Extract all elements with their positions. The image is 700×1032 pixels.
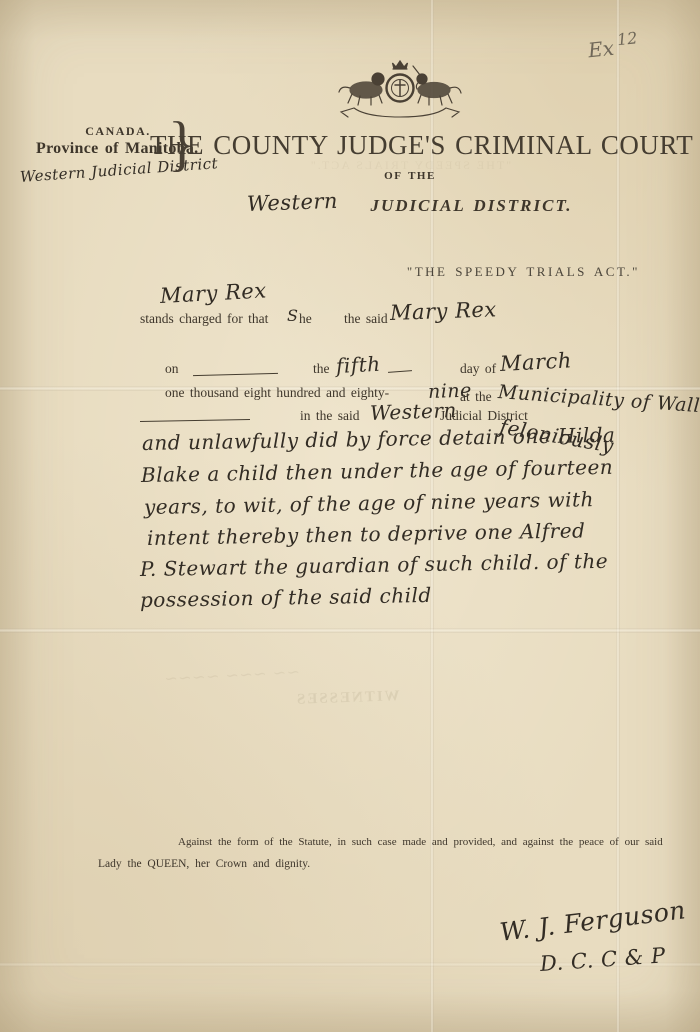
signature-title-handwritten: D. C. C & P — [539, 943, 666, 976]
exhibit-annotation: Ex12 — [587, 34, 636, 63]
blank-dash — [388, 370, 412, 373]
signature-handwritten: W. J. Ferguson — [498, 895, 687, 947]
blank-line — [140, 419, 250, 422]
the-label: the — [313, 361, 330, 377]
defendant-name2-handwritten: Mary Rex — [390, 297, 497, 325]
statute-line-2: Lady the QUEEN, her Crown and dignity. — [98, 858, 310, 870]
body-line: intent thereby then to deprive one Alfre… — [147, 518, 586, 550]
body-line: years, to wit, of the age of nine years … — [144, 487, 594, 519]
horizontal-fold-line — [0, 628, 700, 633]
document-scan: Ex12 CANADA. Province of Manitoba. Weste… — [0, 0, 700, 1032]
the-said-label: the said — [344, 311, 388, 327]
bleedthrough-script: ~~ ~~~ ~~~~ — [163, 662, 300, 688]
day-of-label: day of — [460, 361, 496, 377]
body-line: P. Stewart the guardian of such child. o… — [140, 549, 609, 581]
year-printed: one thousand eight hundred and eighty- — [165, 385, 389, 401]
defendant-name-handwritten: Mary Rex — [159, 278, 267, 308]
bleedthrough-text: "THE SPEEDY TRIALS ACT." — [220, 158, 600, 173]
body-line: and unlawfully did by force detain one H… — [142, 423, 616, 455]
exhibit-label: Ex — [587, 36, 615, 63]
district-line-printed: JUDICIAL DISTRICT. — [370, 196, 572, 215]
bleedthrough-witnesses: WITNESSES — [295, 688, 400, 709]
blank-line — [193, 373, 278, 376]
court-title: THE COUNTY JUDGE'S CRIMINAL COURT — [150, 130, 670, 161]
body-line: possession of the said child — [140, 583, 432, 612]
on-label: on — [165, 361, 179, 377]
statute-line-1: Against the form of the Statute, in such… — [178, 836, 663, 848]
act-title: "THE SPEEDY TRIALS ACT." — [378, 264, 640, 280]
day-handwritten: fifth — [335, 352, 381, 378]
in-the-said-label: in the said — [300, 408, 360, 424]
district-line: Western JUDICIAL DISTRICT. — [150, 192, 670, 216]
at-the-label: at the — [460, 389, 492, 405]
exhibit-number: 12 — [616, 28, 638, 49]
stands-charged-label: stands charged for that — [140, 311, 268, 327]
pronoun-printed: he — [299, 311, 312, 327]
body-line: Blake a child then under the age of four… — [141, 455, 614, 487]
pronoun-prefix-handwritten: S — [287, 306, 298, 325]
month-handwritten: March — [499, 348, 572, 376]
royal-coat-of-arms-icon — [316, 58, 484, 127]
district-line-handwritten: Western — [247, 189, 339, 216]
